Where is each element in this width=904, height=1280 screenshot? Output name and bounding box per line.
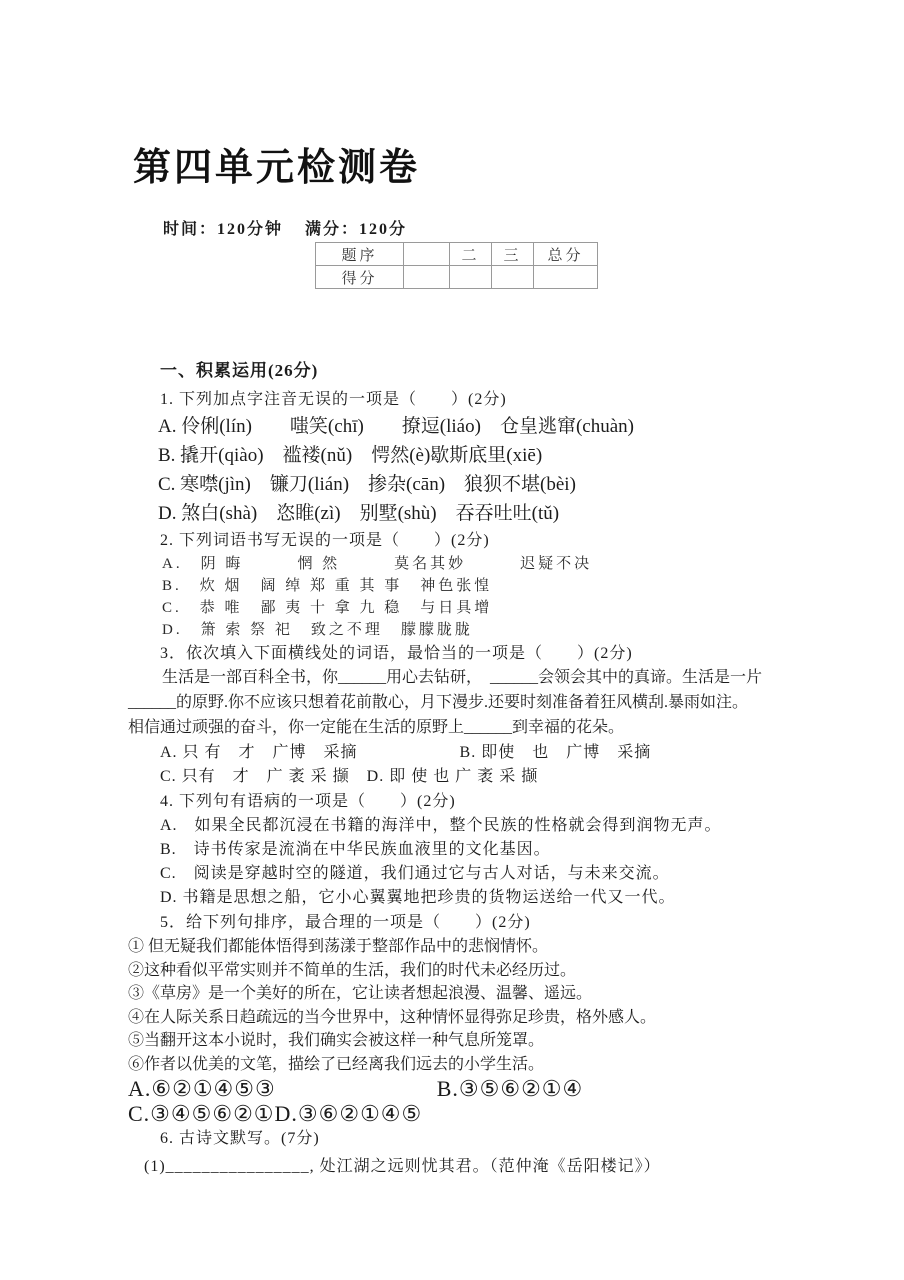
- paragraph-line: ______的原野.你不应该只想着花前散心，月下漫步.还要时刻准备着狂风横刮.暴…: [128, 691, 848, 715]
- option-line: C. 阅读是穿越时空的隧道，我们通过它与古人对话，与未来交流。: [160, 862, 848, 886]
- score-table-cell: [450, 266, 492, 289]
- sentence-line: ⑥作者以优美的文笔，描绘了已经离我们远去的小学生活。: [128, 1053, 848, 1077]
- time-limit-label: 时间：120分钟: [163, 216, 283, 239]
- option-line: C. 寒噤(jìn) 镰刀(lián) 掺杂(cān) 狼狈不堪(bèi): [158, 471, 848, 498]
- answer-choices-line: A.⑥②①④⑤③ B.③⑤⑥②①④: [128, 1076, 848, 1101]
- option-line: D. 箫 索 祭 祀 致之不理 朦朦胧胧: [162, 619, 848, 641]
- option-line: D. 煞白(shà) 恣睢(zì) 别墅(shù) 吞吞吐吐(tǔ): [158, 500, 848, 527]
- answer-choices-line: C.③④⑤⑥②①D.③⑥②①④⑤: [128, 1101, 848, 1126]
- score-table-cell: 总分: [534, 243, 598, 266]
- option-line: C. 只有 才 广 袤 采 撷 D. 即 使 也 广 袤 采 撷: [160, 765, 848, 789]
- exam-paper: 第四单元检测卷 时间：120分钟 满分：120分 题序 二 三 总分 得分 一、…: [0, 0, 904, 1280]
- option-line: A. 如果全民都沉浸在书籍的海洋中，整个民族的性格就会得到润物无声。: [160, 814, 848, 838]
- option-line: B. 诗书传家是流淌在中华民族血液里的文化基因。: [160, 838, 848, 862]
- paragraph-line: 相信通过顽强的奋斗，你一定能在生活的原野上______到幸福的花朵。: [128, 716, 848, 740]
- option-line: D. 书籍是思想之船，它小心翼翼地把珍贵的货物运送给一代又一代。: [160, 886, 848, 910]
- score-table-cell: [492, 266, 534, 289]
- exam-body: 一、积累运用(26分)1. 下列加点字注音无误的一项是（ ）(2分)A. 伶俐(…: [128, 358, 848, 1179]
- sentence-line: ④在人际关系日趋疏远的当今世界中，这种情怀显得弥足珍贵，格外感人。: [128, 1006, 848, 1030]
- score-table: 题序 二 三 总分 得分: [315, 242, 598, 289]
- score-table-cell: [404, 243, 450, 266]
- score-table-cell: [534, 266, 598, 289]
- sentence-line: ③《草房》是一个美好的所在，它让读者想起浪漫、温馨、遥远。: [128, 982, 848, 1006]
- score-table-cell: 得分: [316, 266, 404, 289]
- question-line: 5．给下列句排序，最合理的一项是（ ）(2分): [160, 911, 848, 934]
- option-line: B. 撬开(qiào) 褴褛(nǔ) 愕然(è)歇斯底里(xiē): [158, 442, 848, 469]
- sentence-line: ②这种看似平常实则并不简单的生活，我们的时代未必经历过。: [128, 959, 848, 983]
- question-line: 2. 下列词语书写无误的一项是（ ）(2分): [160, 529, 848, 552]
- option-line: C. 恭 唯 鄙 夷 十 拿 九 稳 与日具增: [162, 597, 848, 619]
- page-title: 第四单元检测卷: [133, 136, 420, 191]
- question-line: 4. 下列句有语病的一项是（ ）(2分): [160, 790, 848, 813]
- score-table-cell: 题序: [316, 243, 404, 266]
- paragraph-line: 生活是一部百科全书，你______用心去钻研， ______会领会其中的真谛。生…: [162, 666, 848, 690]
- score-table-score-row: 得分: [316, 266, 598, 289]
- score-table-header-row: 题序 二 三 总分: [316, 243, 598, 266]
- sentence-line: ⑤当翻开这本小说时，我们确实会被这样一种气息所笼罩。: [128, 1029, 848, 1053]
- score-table-cell: 三: [492, 243, 534, 266]
- section-heading: 一、积累运用(26分): [160, 358, 848, 383]
- option-line: A. 阴 晦 惘 然 莫名其妙 迟疑不决: [162, 553, 848, 575]
- option-line: A. 伶俐(lín) 嗤笑(chī) 撩逗(liáo) 仓皇逃窜(chuàn): [158, 413, 848, 440]
- question-line: 6. 古诗文默写。(7分): [160, 1127, 848, 1150]
- fill-in-blank-line: (1)________________, 处江湖之远则忧其君。（范仲淹《岳阳楼记…: [144, 1155, 848, 1179]
- sentence-line: ① 但无疑我们都能体悟得到荡漾于整部作品中的悲悯情怀。: [128, 935, 848, 959]
- score-table-cell: [404, 266, 450, 289]
- option-line: A. 只 有 才 广博 采摘 B. 即使 也 广博 采摘: [160, 741, 848, 765]
- score-table-cell: 二: [450, 243, 492, 266]
- option-line: B. 炊 烟 阔 绰 郑 重 其 事 神色张惶: [162, 575, 848, 597]
- question-line: 3．依次填入下面横线处的词语，最恰当的一项是（ ）(2分): [160, 642, 848, 665]
- question-line: 1. 下列加点字注音无误的一项是（ ）(2分): [160, 388, 848, 411]
- full-score-label: 满分：120分: [305, 216, 407, 239]
